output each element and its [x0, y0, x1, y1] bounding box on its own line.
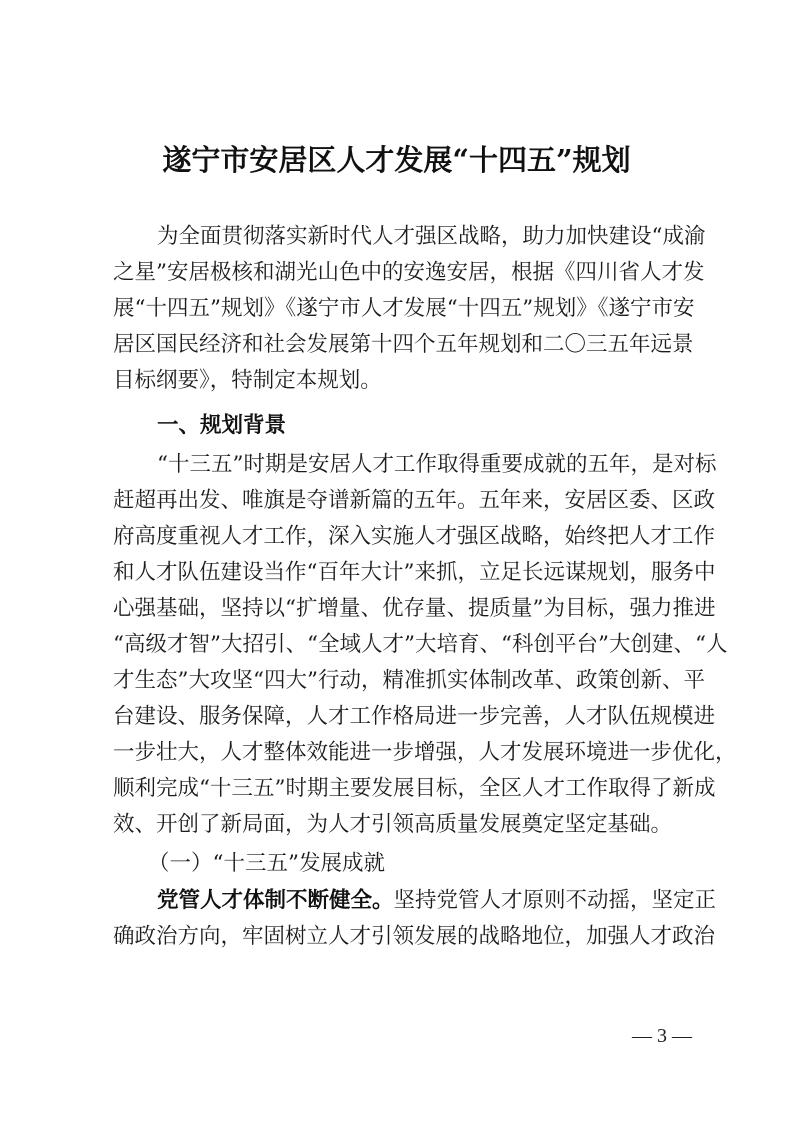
achievement-line: 确政治方向，牢固树立人才引领发展的战略地位，加强人才政治 [113, 924, 685, 950]
intro-line: 目标纲要》，特制定本规划。 [113, 368, 685, 394]
background-line: 心强基础，坚持以“扩增量、优存量、提质量”为目标，强力推进 [113, 596, 685, 622]
intro-line: 展“十四五”规划》《遂宁市人才发展“十四五”规划》《遂宁市安 [113, 296, 685, 322]
intro-line: 之星”安居极核和湖光山色中的安逸安居，根据《四川省人才发 [113, 260, 685, 286]
intro-line: 为全面贯彻落实新时代人才强区战略，助力加快建设“成渝 [157, 224, 685, 250]
background-line: 顺利完成“十三五”时期主要发展目标，全区人才工作取得了新成 [113, 776, 685, 802]
achievement-lead-rest: 坚持党管人才原则不动摇，坚定正 [394, 888, 717, 913]
achievement-line: 党管人才体制不断健全。坚持党管人才原则不动摇，坚定正 [157, 888, 685, 914]
document-title: 遂宁市安居区人才发展“十四五”规划 [0, 138, 793, 179]
background-line: 才生态”大攻坚“四大”行动，精准抓实体制改革、政策创新、平 [113, 668, 685, 694]
background-line: 赶超再出发、唯旗是夺谱新篇的五年。五年来，安居区委、区政 [113, 488, 685, 514]
document-page: 遂宁市安居区人才发展“十四五”规划 为全面贯彻落实新时代人才强区战略，助力加快建… [0, 0, 793, 1122]
background-line: 府高度重视人才工作，深入实施人才强区战略，始终把人才工作 [113, 524, 685, 550]
background-line: 一步壮大，人才整体效能进一步增强，人才发展环境进一步优化， [113, 740, 685, 766]
background-line: “十三五”时期是安居人才工作取得重要成就的五年，是对标 [157, 452, 685, 478]
subsection-heading: （一）“十三五”发展成就 [148, 851, 385, 877]
background-line: “高级才智”大招引、“全域人才”大培育、“科创平台”大创建、“人 [113, 632, 685, 658]
background-line: 和人才队伍建设当作“百年大计”来抓，立足长远谋规划，服务中 [113, 560, 685, 586]
page-number: — 3 — [632, 1024, 692, 1048]
section-heading: 一、规划背景 [157, 413, 286, 439]
background-line: 台建设、服务保障，人才工作格局进一步完善，人才队伍规模进 [113, 704, 685, 730]
intro-line: 居区国民经济和社会发展第十四个五年规划和二〇三五年远景 [113, 332, 685, 358]
background-line: 效、开创了新局面，为人才引领高质量发展奠定坚定基础。 [113, 812, 685, 838]
achievement-lead-bold: 党管人才体制不断健全。 [157, 888, 394, 913]
